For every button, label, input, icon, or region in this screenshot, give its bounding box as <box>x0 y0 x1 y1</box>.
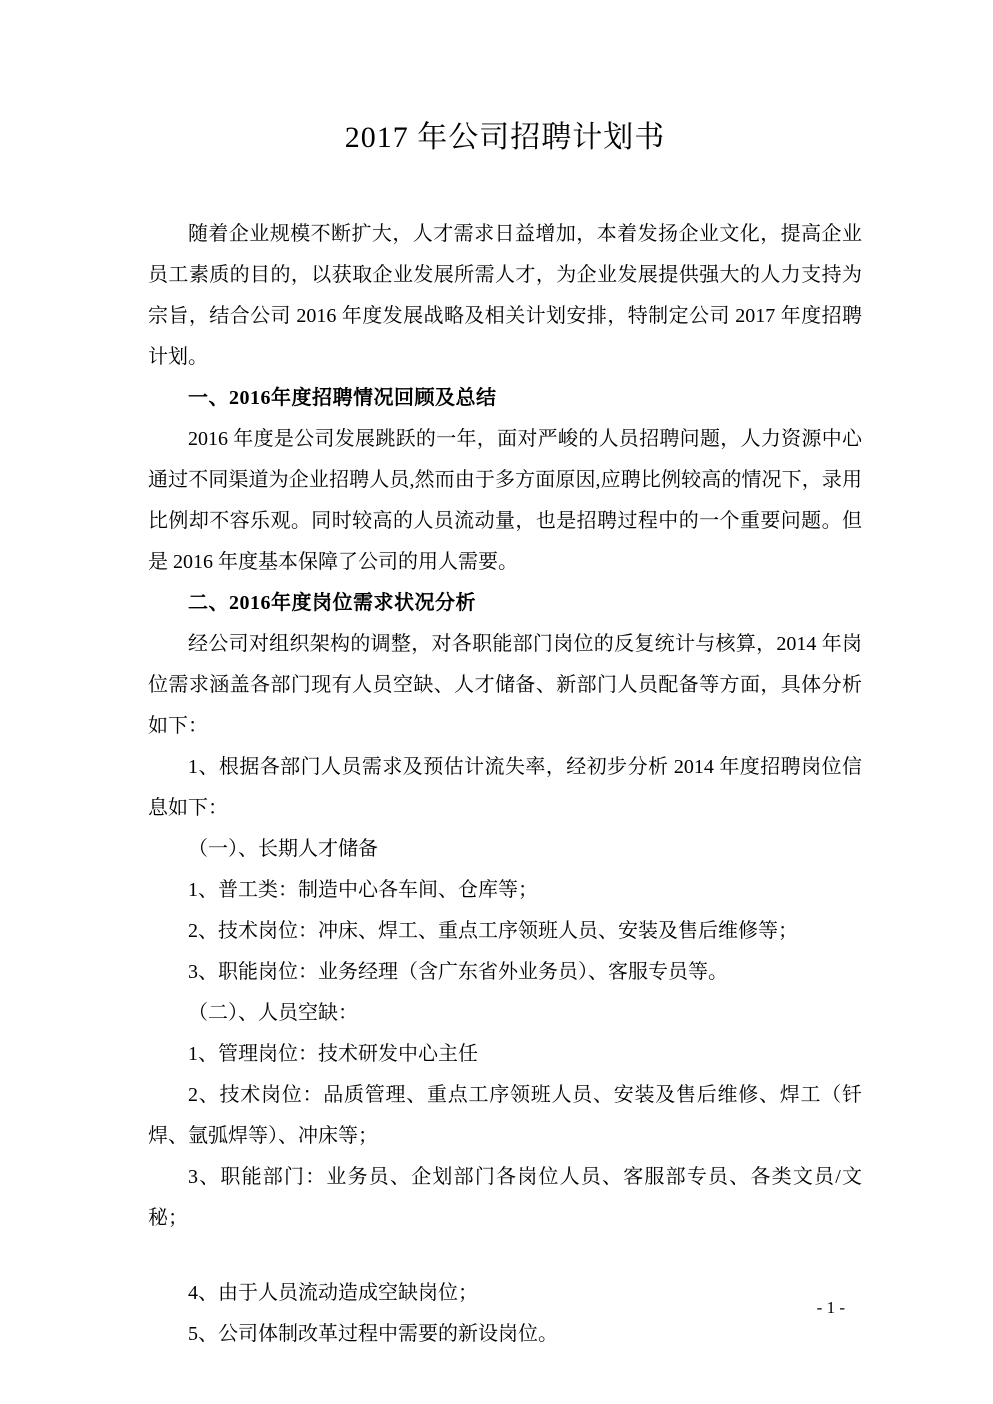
paragraph: 经公司对组织架构的调整，对各职能部门岗位的反复统计与核算，2014 年岗位需求涵… <box>148 624 862 747</box>
list-item: 1、普工类：制造中心各车间、仓库等； <box>148 870 862 911</box>
list-item: 2、技术岗位：冲床、焊工、重点工序领班人员、安装及售后维修等； <box>148 911 862 952</box>
paragraph: 2016 年度是公司发展跳跃的一年，面对严峻的人员招聘问题，人力资源中心通过不同… <box>148 419 862 583</box>
section-heading: 二、2016年度岗位需求状况分析 <box>148 583 862 624</box>
list-item: （二）、人员空缺： <box>148 993 862 1034</box>
list-item: 5、公司体制改革过程中需要的新设岗位。 <box>148 1314 862 1355</box>
page-number: - 1 - <box>817 1298 845 1318</box>
list-item: 3、职能岗位：业务经理（含广东省外业务员）、客服专员等。 <box>148 952 862 993</box>
section-heading: 一、2016年度招聘情况回顾及总结 <box>148 378 862 419</box>
list-item: 2、技术岗位：品质管理、重点工序领班人员、安装及售后维修、焊工（钎焊、氩弧焊等）… <box>148 1075 862 1157</box>
document-title: 2017 年公司招聘计划书 <box>148 116 862 160</box>
list-item: 4、由于人员流动造成空缺岗位； <box>148 1273 862 1314</box>
list-item: 1、根据各部门人员需求及预估计流失率，经初步分析 2014 年度招聘岗位信息如下… <box>148 747 862 829</box>
paragraph: 随着企业规模不断扩大，人才需求日益增加，本着发扬企业文化，提高企业员工素质的目的… <box>148 214 862 378</box>
list-item: （一）、长期人才储备 <box>148 829 862 870</box>
document-page: 2017 年公司招聘计划书 随着企业规模不断扩大，人才需求日益增加，本着发扬企业… <box>0 0 993 1404</box>
list-item: 3、职能部门：业务员、企划部门各岗位人员、客服部专员、各类文员/文秘； <box>148 1157 862 1239</box>
blank-line <box>148 1239 862 1273</box>
document-content: 2017 年公司招聘计划书 随着企业规模不断扩大，人才需求日益增加，本着发扬企业… <box>148 116 862 1355</box>
list-item: 1、管理岗位：技术研发中心主任 <box>148 1034 862 1075</box>
